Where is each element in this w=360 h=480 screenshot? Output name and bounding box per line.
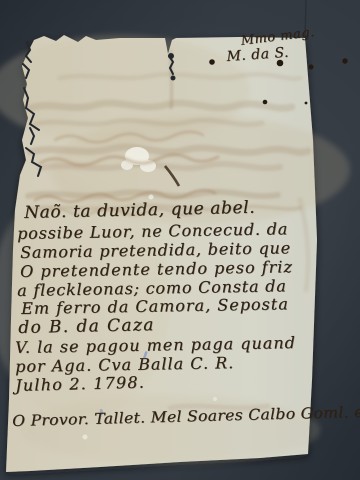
ink-blot [342, 58, 347, 63]
white-speck [213, 397, 217, 401]
ink-blot [305, 102, 308, 105]
ink-blot [209, 59, 215, 65]
tear-fragment [169, 54, 173, 58]
paper-artwork [0, 0, 360, 480]
backdrop-fold-line [305, 0, 306, 40]
tear-fragment [172, 77, 175, 80]
manuscript-photograph: Mmo mag. M. da S. Naõ. ta duvida, que ab… [0, 0, 360, 480]
ink-blot [277, 60, 284, 67]
white-speck [83, 435, 88, 440]
ink-blot [309, 65, 314, 70]
stain-streak [170, 406, 268, 408]
stain-streak [30, 103, 292, 108]
white-speck [149, 195, 154, 200]
stain-streak [35, 120, 262, 125]
ink-blot [263, 100, 268, 105]
